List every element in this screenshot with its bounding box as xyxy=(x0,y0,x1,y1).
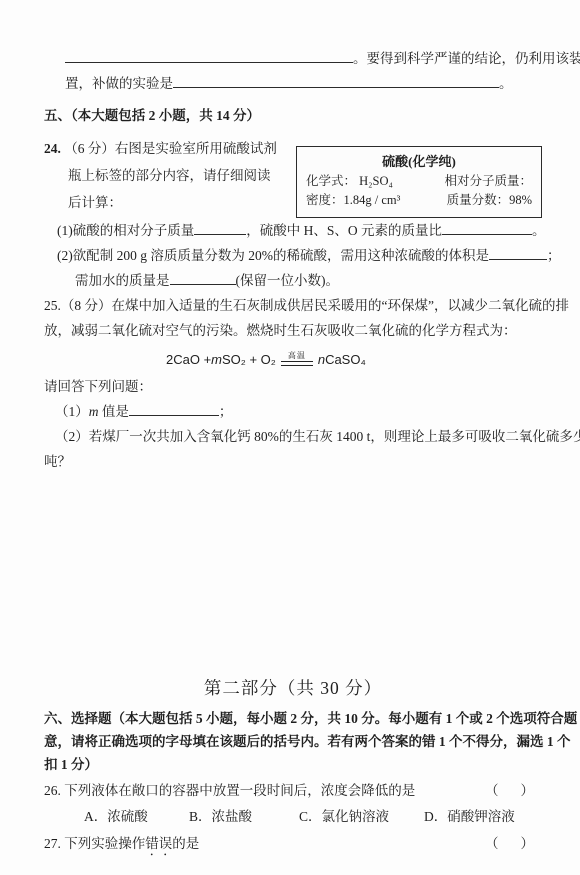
section-6-line2: 意，请将正确选项的字母填在该题后的括号内。若有两个答案的错 1 个不得分，漏选 … xyxy=(44,730,542,753)
rmm-label: 相对分子质量： xyxy=(444,172,532,191)
option-d: D．硝酸钾溶液 xyxy=(424,804,515,829)
question-24-score: （6 分） xyxy=(64,141,115,156)
question-24-sub2: (2)欲配制 200 g 溶质质量分数为 20%的稀硫酸，需用这种浓硫酸的体积是… xyxy=(44,243,542,268)
question-24-sub1: (1)硫酸的相对分子质量，硫酸中 H、S、O 元素的质量比。 xyxy=(44,218,542,243)
question-24-sub2b: 需加水的质量是(保留一位小数)。 xyxy=(44,268,542,293)
answer-blank xyxy=(442,221,532,235)
double-line-icon xyxy=(281,361,313,366)
question-27: 27. 下列实验操作错误的是 （） xyxy=(44,831,542,856)
density-value: 1.84g / cm³ xyxy=(344,193,401,207)
question-24-number: 24. xyxy=(44,141,61,156)
reaction-condition: 高温 xyxy=(281,352,313,366)
answer-blank xyxy=(170,271,236,285)
formula-value: H₂SO₄ xyxy=(359,174,393,188)
mass-fraction-label: 质量分数： xyxy=(447,193,510,207)
question-25-line2: 放，减弱二氧化硫对空气的污染。燃烧时生石灰吸收二氧化硫的化学方程式为： xyxy=(44,318,542,343)
density-field: 密度：1.84g / cm³ xyxy=(306,191,400,210)
condition-text: 高温 xyxy=(288,352,306,360)
answer-bracket: （） xyxy=(485,778,542,803)
section-6-line1: 六、选择题（本大题包括 5 小题，每小题 2 分，共 10 分。每小题有 1 个… xyxy=(44,707,542,730)
intro-fill-blanks: 。要得到科学严谨的结论，仍利用该装 置，补做的实验是。 xyxy=(44,46,542,96)
section-6-header: 六、选择题（本大题包括 5 小题，每小题 2 分，共 10 分。每小题有 1 个… xyxy=(44,707,542,776)
answer-blank xyxy=(129,402,219,416)
section-6-line3: 扣 1 分） xyxy=(44,753,542,776)
question-25-prompt: 请回答下列问题： xyxy=(44,374,542,399)
density-label: 密度： xyxy=(306,193,344,207)
variable-m: m xyxy=(89,404,99,419)
reagent-label-title: 硫酸(化学纯) xyxy=(306,152,532,172)
option-c: C．氯化钠溶液 xyxy=(299,804,424,829)
question-24-line1: 右图是实验室所用硫酸试剂 xyxy=(115,141,277,156)
mass-fraction-value: 98% xyxy=(509,193,532,207)
answer-bracket: （） xyxy=(485,831,542,856)
reagent-label-box: 硫酸(化学纯) 化学式： H₂SO₄ 相对分子质量： 密度：1.84g / cm… xyxy=(296,146,542,218)
intro-line2-text: 置，补做的实验是 xyxy=(65,76,173,91)
answer-blank xyxy=(173,74,499,88)
question-26-options: A．浓硫酸 B．浓盐酸 C．氯化钠溶液 D．硝酸钾溶液 xyxy=(84,804,542,829)
answer-blank xyxy=(194,221,246,235)
question-26: 26. 下列液体在敞口的容器中放置一段时间后，浓度会降低的是 （） A．浓硫酸 … xyxy=(44,778,542,829)
question-25-sub1: （1）m 值是； xyxy=(44,399,542,424)
intro-line1-text: 。要得到科学严谨的结论，仍利用该装 xyxy=(353,51,580,66)
mass-fraction-field: 质量分数：98% xyxy=(447,191,532,210)
answer-blank xyxy=(65,49,353,63)
emphasized-word: 错误 xyxy=(145,836,172,851)
question-24-line3: 后计算： xyxy=(44,189,296,216)
question-25-line1: 25.（8 分）在煤中加入适量的生石灰制成供居民采暖用的“环保煤”，以减少二氧化… xyxy=(44,293,542,318)
question-25-sub2-line2: 吨？ xyxy=(44,449,542,474)
part2-title: 第二部分（共 30 分） xyxy=(44,674,542,702)
chemical-equation: 2CaO +mSO₂ + O₂ 高温 nCaSO₄ xyxy=(166,346,542,372)
formula-label: 化学式： xyxy=(306,174,356,188)
question-27-text: 27. 下列实验操作错误的是 xyxy=(44,831,199,856)
question-25-sub2-line1: （2）若煤厂一次共加入含氧化钙 80%的生石灰 1400 t，则理论上最多可吸收… xyxy=(44,424,542,449)
option-b: B．浓盐酸 xyxy=(189,804,299,829)
option-a: A．浓硫酸 xyxy=(84,804,189,829)
question-24-line2: 瓶上标签的部分内容，请仔细阅读 xyxy=(44,162,296,189)
equation-lhs: 2CaO + xyxy=(166,352,211,367)
equation-rhs: CaSO₄ xyxy=(325,352,366,367)
intro-line-2: 置，补做的实验是。 xyxy=(65,71,542,96)
coefficient-m: m xyxy=(211,352,222,367)
coefficient-n: n xyxy=(318,352,325,367)
formula-field: 化学式： H₂SO₄ xyxy=(306,172,393,191)
exam-page: 。要得到科学严谨的结论，仍利用该装 置，补做的实验是。 五、（本大题包括 2 小… xyxy=(0,0,580,856)
question-24-stem: 24. （6 分）右图是实验室所用硫酸试剂 瓶上标签的部分内容，请仔细阅读 后计… xyxy=(44,135,296,218)
section-5-header: 五、（本大题包括 2 小题，共 14 分） xyxy=(44,103,542,128)
question-25: 25.（8 分）在煤中加入适量的生石灰制成供居民采暖用的“环保煤”，以减少二氧化… xyxy=(44,293,542,474)
intro-line-1: 。要得到科学严谨的结论，仍利用该装 xyxy=(65,46,542,71)
answer-blank xyxy=(489,246,547,260)
question-26-text: 26. 下列液体在敞口的容器中放置一段时间后，浓度会降低的是 xyxy=(44,778,415,803)
question-24: 24. （6 分）右图是实验室所用硫酸试剂 瓶上标签的部分内容，请仔细阅读 后计… xyxy=(44,135,542,293)
period: 。 xyxy=(499,76,513,91)
